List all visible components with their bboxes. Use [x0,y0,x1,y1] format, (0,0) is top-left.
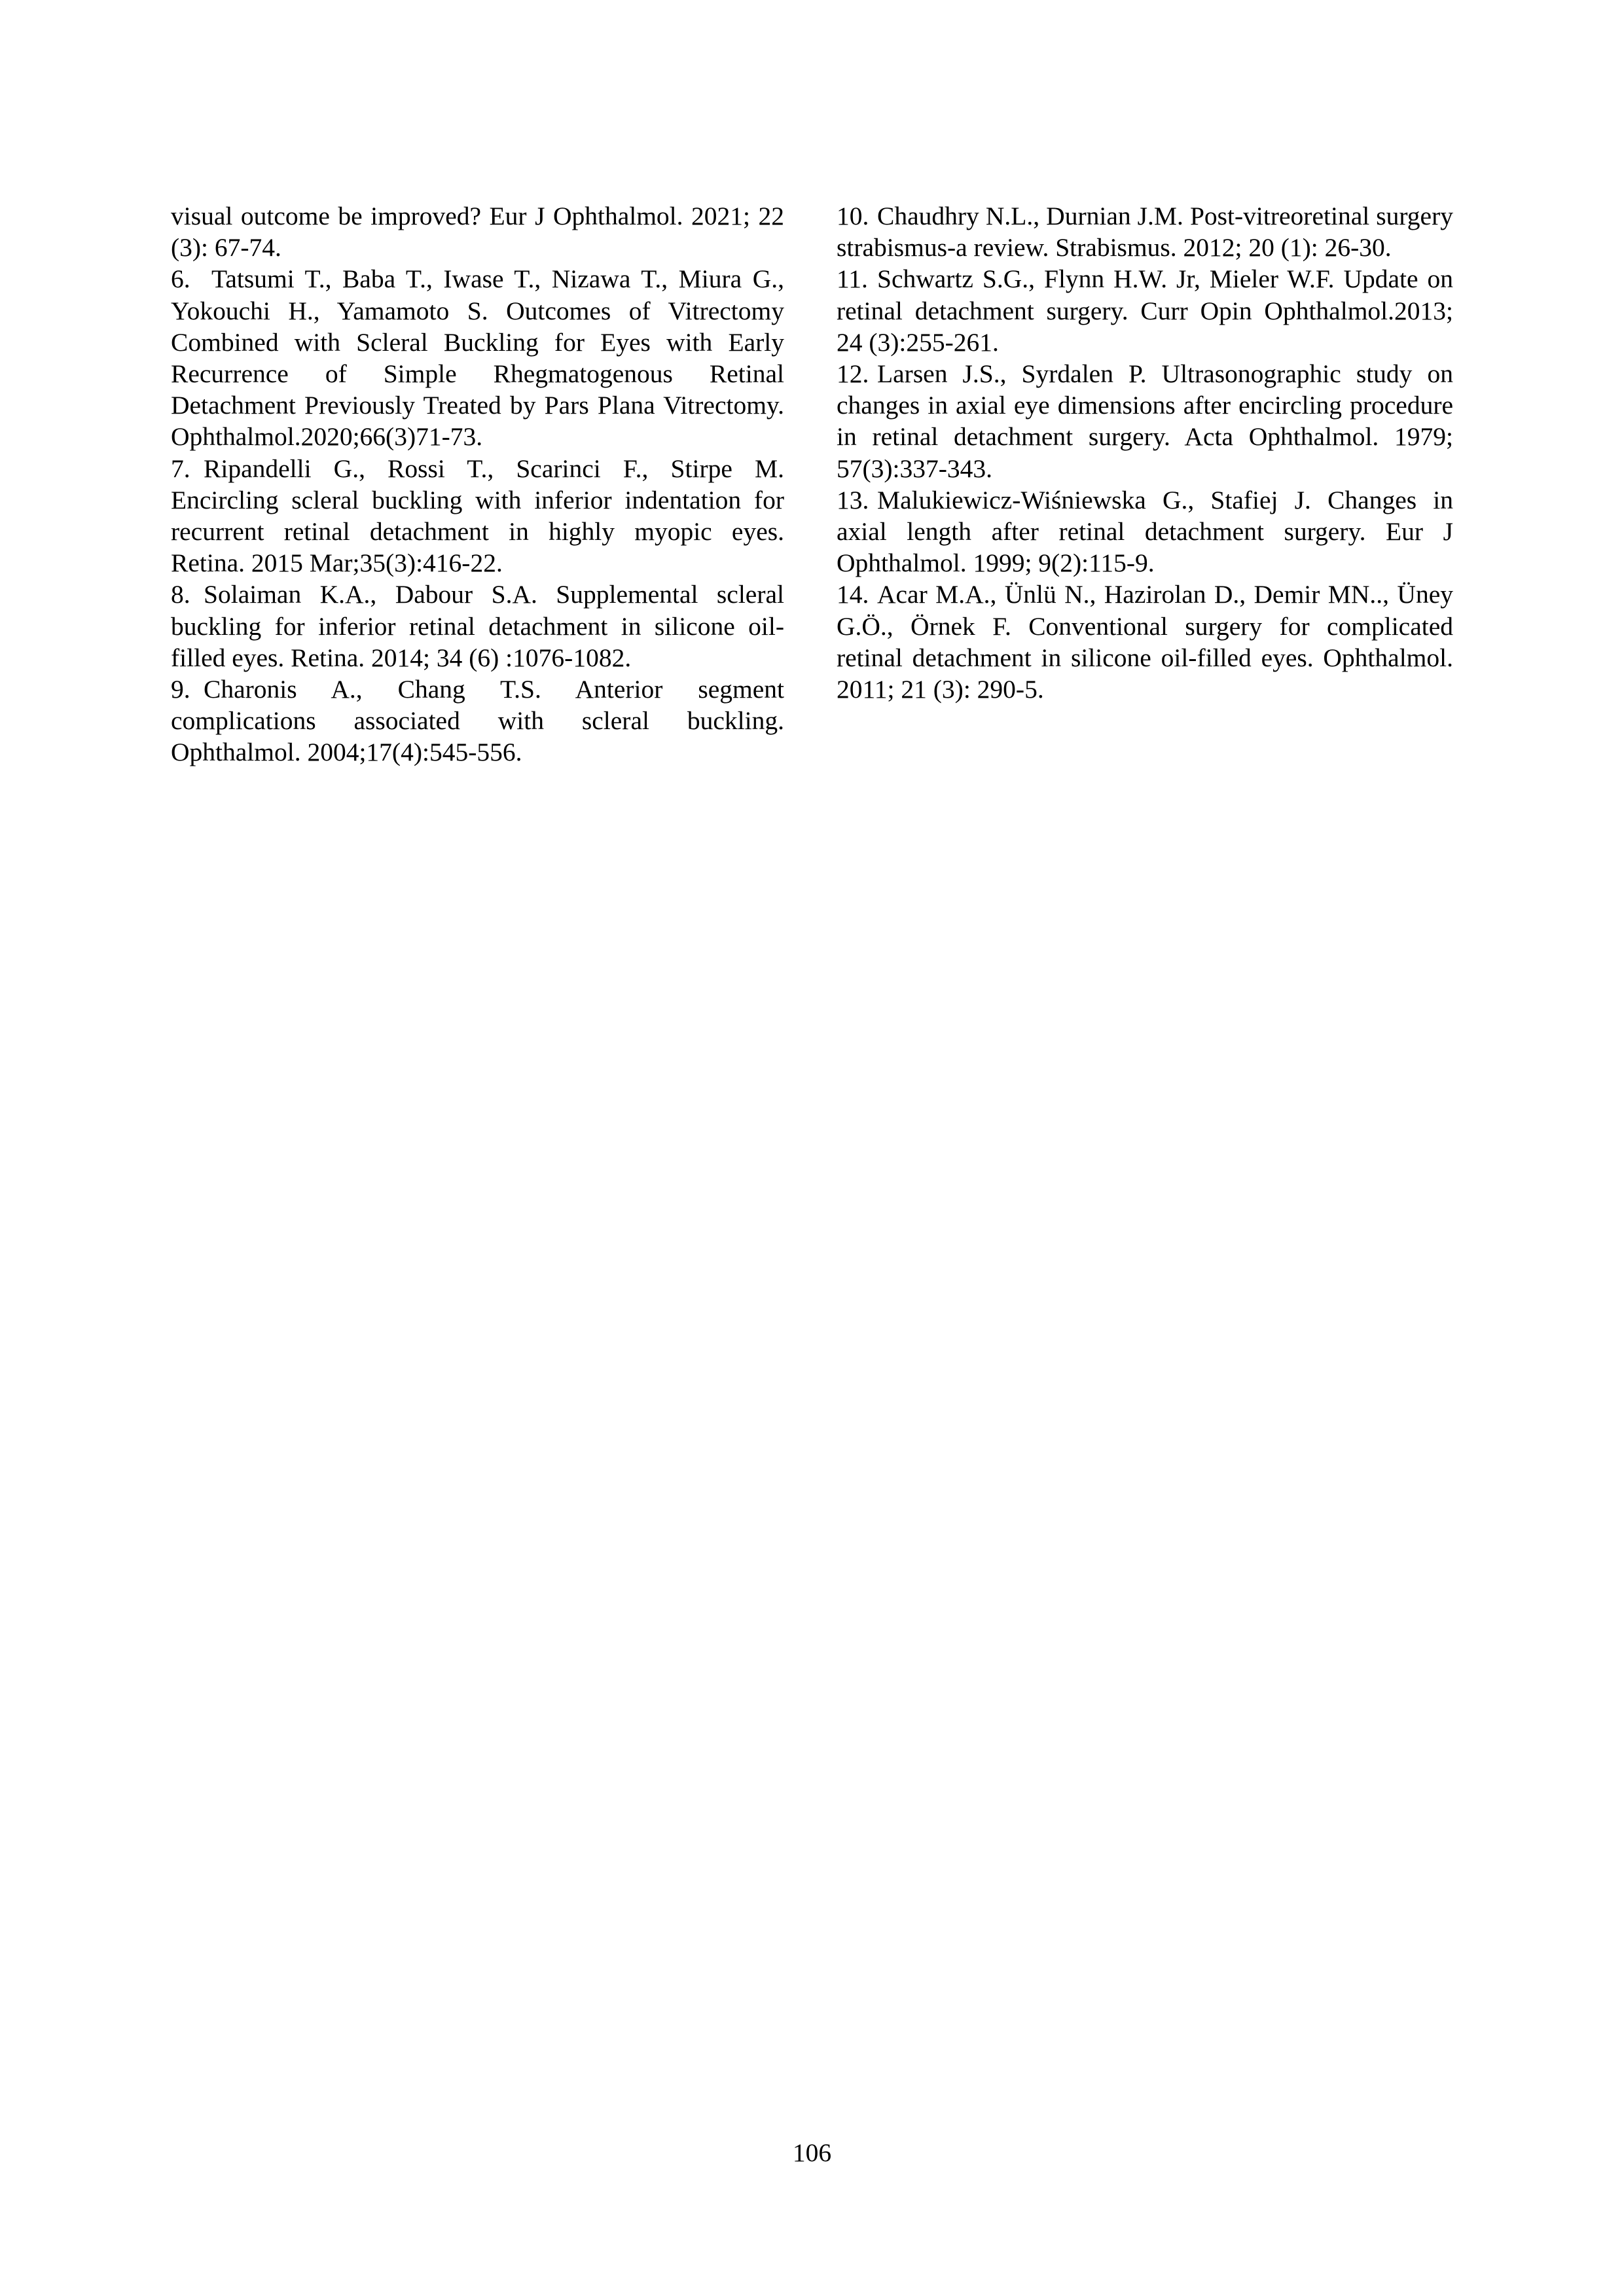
reference-item-12: 12.Larsen J.S., Syrdalen P. Ultrasonogra… [837,358,1453,484]
reference-text: Larsen J.S., Syrdalen P. Ultrasonographi… [837,359,1453,483]
reference-item-6: 6.Tatsumi T., Baba T., Iwase T., Nizawa … [171,263,784,452]
reference-item-9: 9.Charonis A., Chang T.S. Anterior segme… [171,673,784,768]
reference-text: Ripandelli G., Rossi T., Scarinci F., St… [171,454,784,578]
reference-number: 12. [837,358,877,389]
reference-number: 13. [837,484,877,516]
left-column: visual outcome be improved? Eur J Ophtha… [171,200,784,768]
reference-text: Charonis A., Chang T.S. Anterior segment… [171,675,784,766]
reference-number: 7. [171,453,204,484]
reference-number: 10. [837,200,877,232]
reference-item-10: 10.Chaudhry N.L., Durnian J.M. Post-vitr… [837,200,1453,263]
reference-text: Solaiman K.A., Dabour S.A. Supplemental … [171,580,784,672]
reference-text: Malukiewicz-Wiśniewska G., Stafiej J. Ch… [837,486,1453,577]
reference-number: 14. [837,579,877,610]
reference-item-11: 11.Schwartz S.G., Flynn H.W. Jr, Mieler … [837,263,1453,358]
reference-text: Chaudhry N.L., Durnian J.M. Post-vitreor… [837,202,1453,262]
right-column: 10.Chaudhry N.L., Durnian J.M. Post-vitr… [837,200,1453,705]
reference-item-7: 7.Ripandelli G., Rossi T., Scarinci F., … [171,453,784,579]
reference-text: Schwartz S.G., Flynn H.W. Jr, Mieler W.F… [837,264,1453,356]
reference-number: 11. [837,263,877,295]
reference-item-14: 14.Acar M.A., Ünlü N., Hazirolan D., Dem… [837,579,1453,705]
reference-item-13: 13.Malukiewicz-Wiśniewska G., Stafiej J.… [837,484,1453,579]
reference-item-8: 8.Solaiman K.A., Dabour S.A. Supplementa… [171,579,784,673]
reference-text: visual outcome be improved? Eur J Ophtha… [171,202,784,262]
reference-number: 6. [171,263,211,295]
reference-text: Acar M.A., Ünlü N., Hazirolan D., Demir … [837,580,1453,704]
reference-number: 9. [171,673,204,705]
reference-text: Tatsumi T., Baba T., Iwase T., Nizawa T.… [171,264,784,451]
page-number: 106 [0,2137,1624,2168]
reference-number: 8. [171,579,204,610]
reference-continuation: visual outcome be improved? Eur J Ophtha… [171,200,784,263]
